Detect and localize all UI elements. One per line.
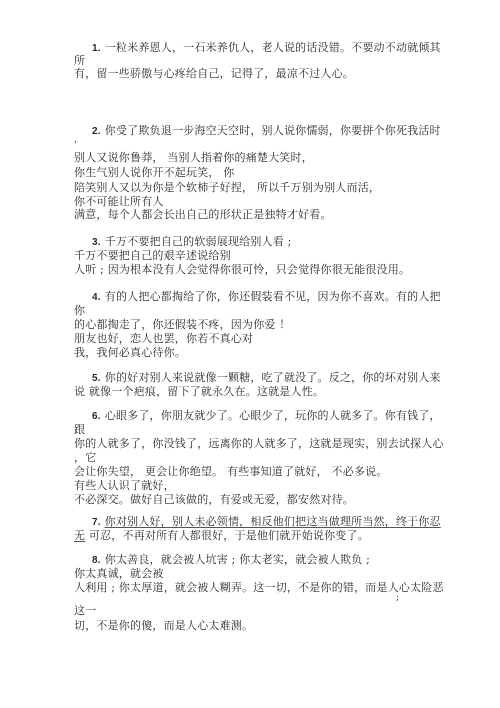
item-5-number: 5.	[92, 373, 101, 384]
item-6-line-6: 有些人认识了就好，	[74, 479, 175, 492]
item-3-line-1: 3.千万不要把自己的软弱展现给别人看 ;	[92, 235, 292, 249]
item-8-line-2: 你太真诚，就会被	[74, 567, 164, 580]
item-1-line-2: 所	[74, 54, 85, 67]
item-6-line-2: 跟	[74, 423, 85, 436]
item-3-line-3: 人听 ; 因为根本没有人会觉得你很可怜，只会觉得你很无能很没用。	[74, 263, 410, 276]
item-6-line-3: 你的人就多了，你没钱了，远离你的人就多了，这就是现实，别去试探人心	[74, 437, 444, 450]
item-2-line-3: 别人又说你鲁莽， 当别人指着你的痛楚大笑时，	[74, 151, 313, 164]
item-4-line-2: 你	[74, 304, 85, 317]
item-1-number: 1.	[92, 43, 101, 54]
document-page: 1.一粒米养恩人，一石米养仇人，老人说的话没错。不要动不动就倾其 所 有，留一些…	[0, 0, 500, 708]
item-2-line-7: 满意，每个人都会长出自己的形状正是独特才好看。	[74, 208, 332, 221]
item-7-line-2: 无 可忍，不再对所有人都很好，于是他们就开始说你变了。	[74, 529, 369, 542]
item-6-line-4: ，它	[74, 451, 96, 464]
item-3-line-2: 千万不要把自己的艰辛述说给别	[74, 249, 231, 262]
item-4-number: 4.	[92, 292, 101, 303]
item-7-number: 7.	[92, 517, 101, 528]
item-8-line-1: 8.你太善良，就会被人坑害 ; 你太老实，就会被人欺负 ;	[92, 553, 370, 567]
item-4-line-4: 朋友也好，恋人也罢，你若不真心对	[74, 332, 253, 345]
item-2-line-1: 2.你受了欺负退一步海空天空时，别人说你懦弱，你要拼个你死我活时	[92, 124, 441, 138]
item-2-line-4: 你生气别人说你开不起玩笑， 你	[74, 166, 235, 179]
item-8-line-5: 这一	[74, 604, 96, 617]
item-2-line-2: ，	[74, 134, 83, 147]
item-4-line-1: 4.有的人把心都掏给了你，你还假装看不见，因为你不喜欢。有的人把	[92, 290, 441, 304]
item-7-line-1: 7.你对别人好，别人未必领情，相反他们把这当做理所当然，终于你忍	[92, 515, 441, 529]
item-6-line-5: 会让你失望， 更会让你绝望。 有些事知道了就好， 不必多说。	[74, 465, 388, 478]
item-8-orphan-semicolon: ;	[396, 592, 399, 605]
item-8-line-6: 切，不是你的傻，而是人心太难测。	[74, 619, 253, 632]
item-1-line-3: 有，留一些骄傲与心疼给自己，记得了，最凉不过人心。	[74, 67, 354, 80]
item-2-number: 2.	[92, 126, 101, 137]
item-8-line-3: 人利用 ; 你太厚道，就会被人糊弄。这一切，不是你的错，而是人心太险恶	[74, 581, 444, 594]
item-5-line-2: 说 就像一个疤痕，留下了就永久在。这就是人性。	[74, 385, 324, 398]
item-6-line-7: 不必深交。做好自己该做的，有爱或无爱，都安然对待。	[74, 493, 354, 506]
item-8-number: 8.	[92, 555, 101, 566]
item-6-line-1: 6.心眼多了，你朋友就少了。心眼少了，玩你的人就多了。你有钱了，	[92, 409, 441, 423]
item-1-line-1: 1.一粒米养恩人，一石米养仇人，老人说的话没错。不要动不动就倾其	[92, 41, 441, 55]
item-5-line-1: 5.你的好对别人来说就像一颗糖，吃了就没了。反之，你的坏对别人来	[92, 371, 441, 385]
item-4-line-3: 的心都掏走了，你还假装不疼，因为你爱 ！	[74, 318, 291, 331]
item-4-line-5: 我，我何必真心待你。	[74, 346, 186, 359]
item-7-underlined-text: 你对别人好，别人未必领情，相反他们把这当做理所当然，终于你忍	[105, 515, 441, 528]
item-3-number: 3.	[92, 237, 101, 248]
item-2-line-5: 陪笑别人又以为你是个软柿子好捏， 所以千万别为别人而活，	[74, 181, 380, 194]
item-2-line-6: 你不可能让所有人	[74, 195, 164, 208]
item-6-number: 6.	[92, 411, 101, 422]
